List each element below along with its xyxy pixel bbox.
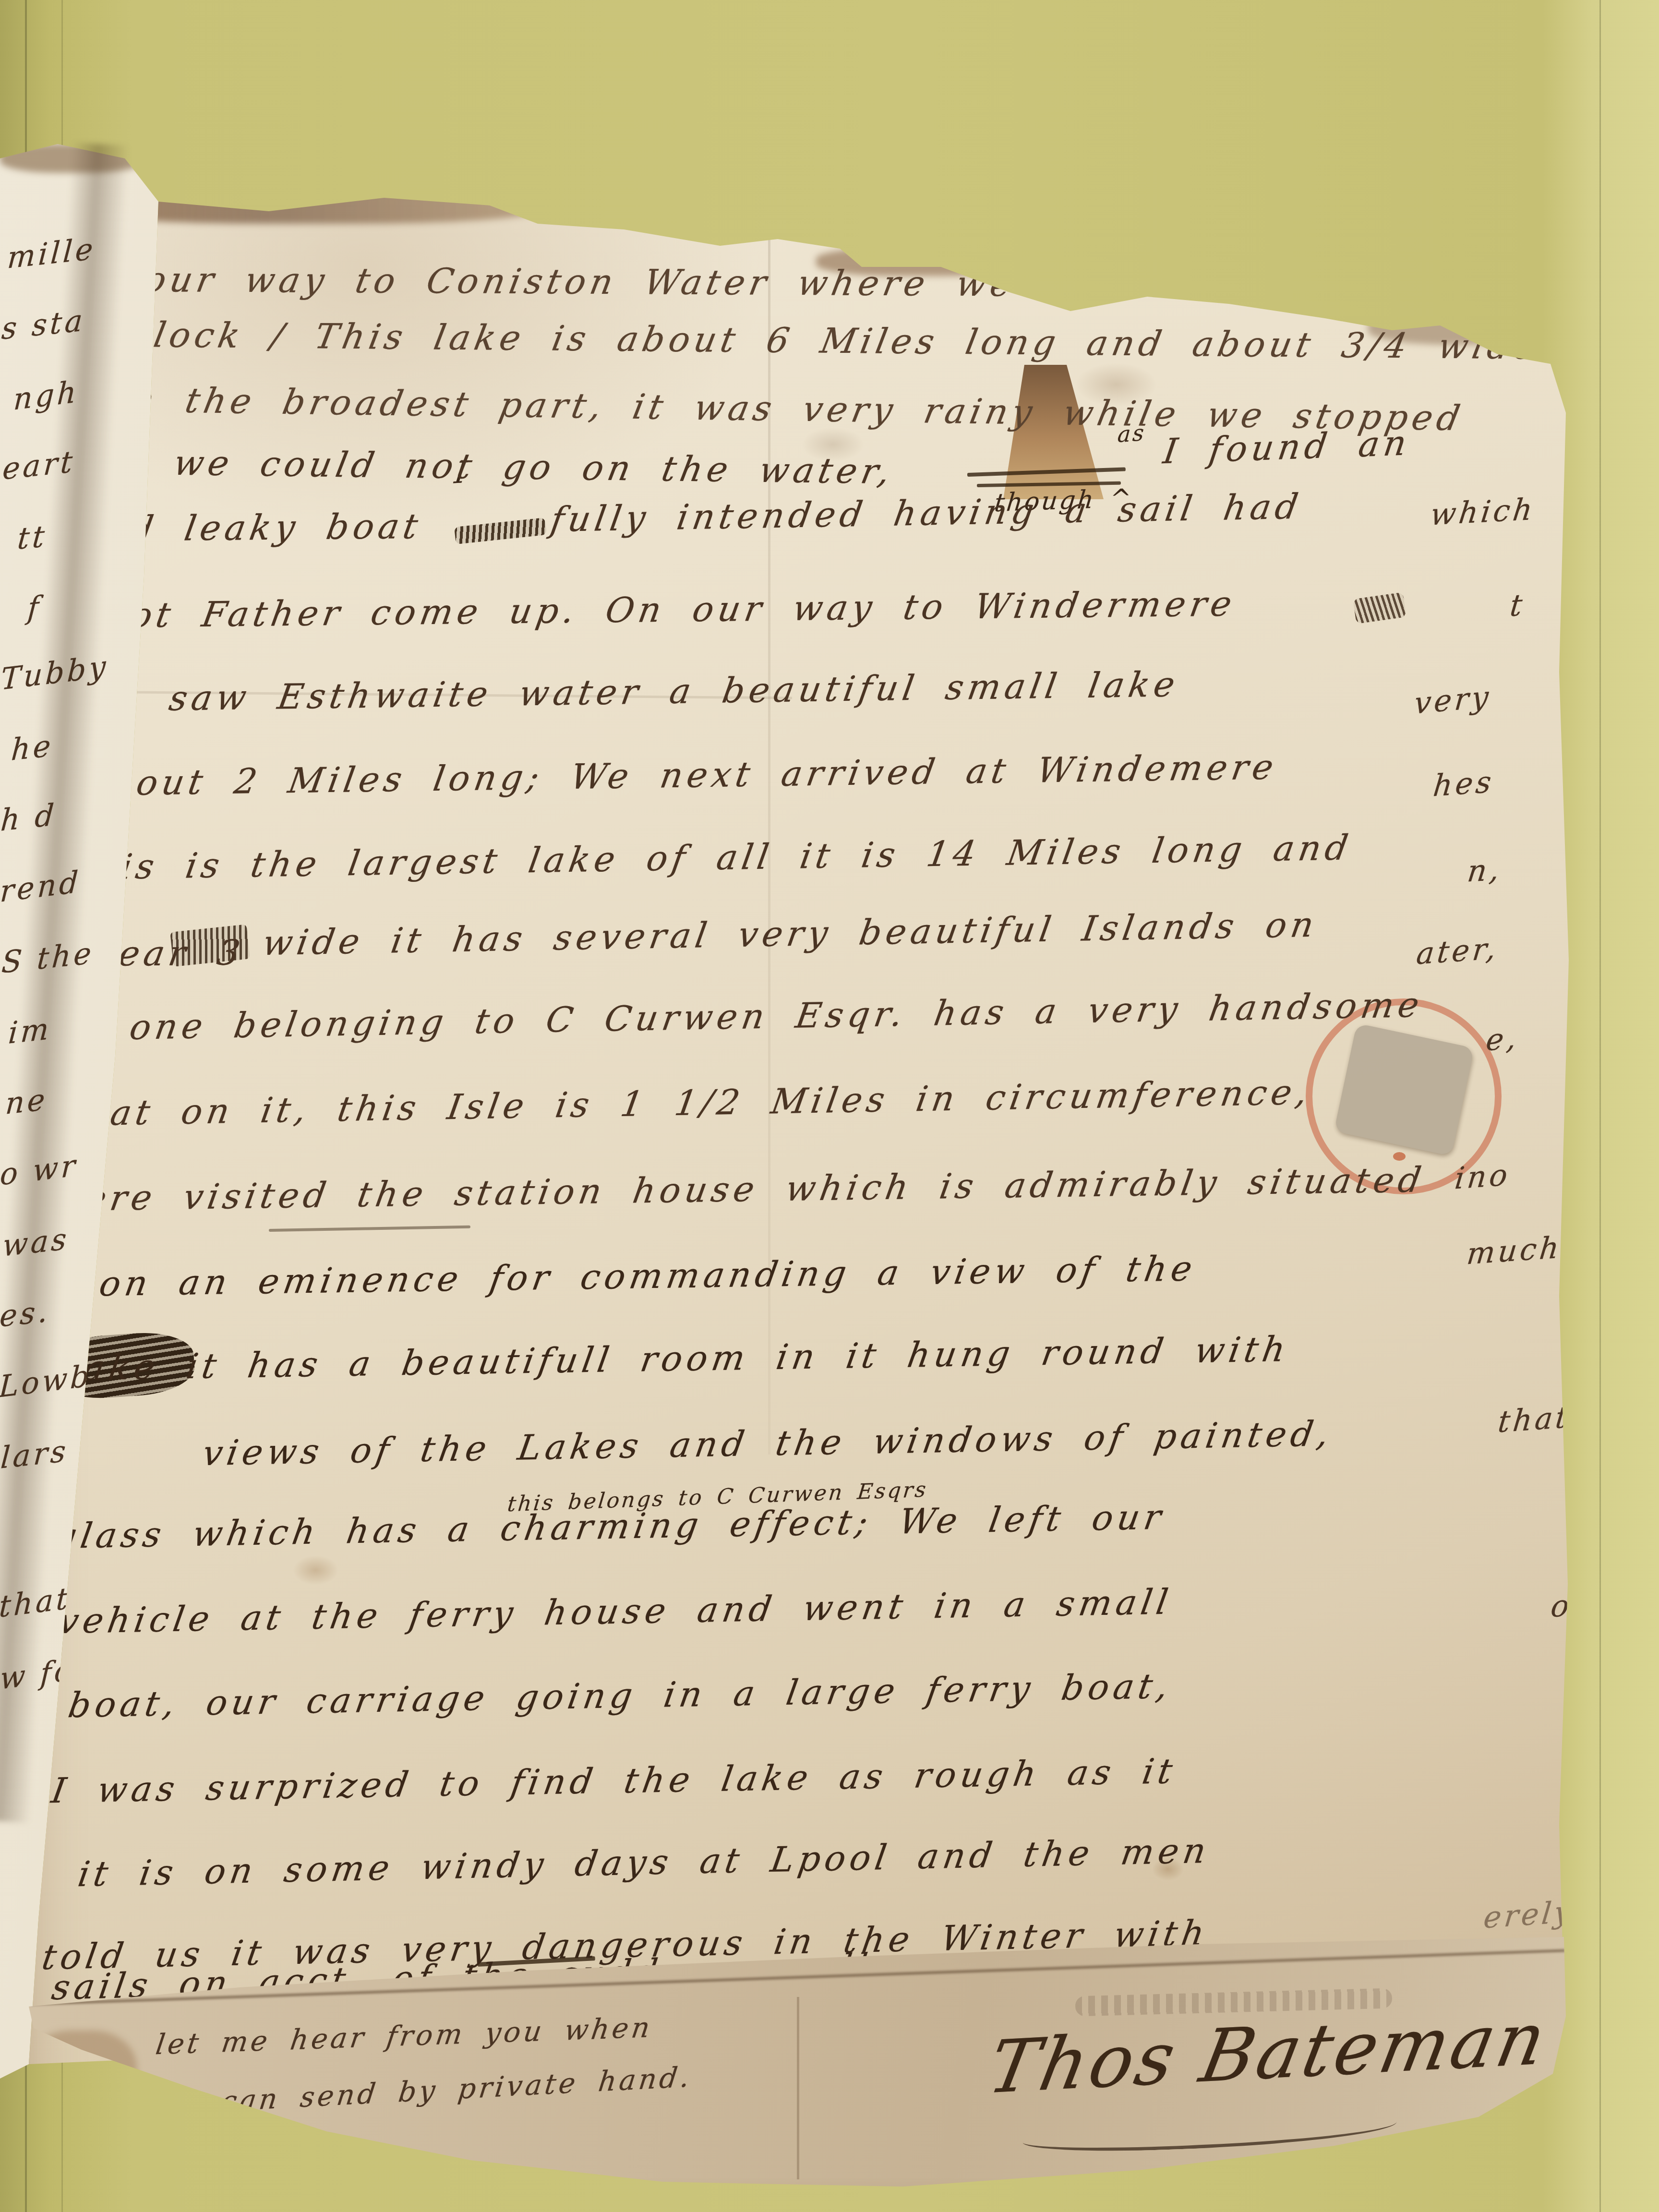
left-page-fragment: f xyxy=(26,589,43,626)
letter-line: on an eminence for commanding a view of … xyxy=(96,1248,1199,1304)
right-margin-fragment: hes xyxy=(1431,764,1496,804)
red-wax-streak xyxy=(866,206,878,244)
ink-scribble xyxy=(1353,592,1406,624)
signature: Thos Bateman xyxy=(982,1996,1555,2110)
letter-line: fully intended having a sail had xyxy=(548,486,1305,540)
ink-strike xyxy=(269,1226,470,1232)
red-wax-streak xyxy=(890,213,908,256)
letter-line: I was surprized to find the lake as roug… xyxy=(49,1751,1180,1811)
letter-line: not Father come up. On our way to Winder… xyxy=(101,583,1239,636)
letter-line: I found an xyxy=(1161,422,1413,471)
ink-scribble xyxy=(454,517,547,544)
right-margin-fragment: which xyxy=(1429,492,1537,532)
left-page-fragment: tt xyxy=(16,518,49,556)
right-margin-fragment: much, xyxy=(1465,1228,1575,1271)
letter-line: it one belonging to C Curwen Esqr. has a… xyxy=(66,985,1426,1048)
letter-line: clock / This lake is about 6 Miles long … xyxy=(127,314,1542,367)
red-wax-streak xyxy=(817,202,824,208)
right-margin-fragment: of xyxy=(1549,1587,1587,1624)
letter-line: it is on some windy days at Lpool and th… xyxy=(75,1830,1213,1895)
crease-line xyxy=(797,1997,799,2179)
right-margin-fragment: ino xyxy=(1453,1157,1512,1196)
paper-spot xyxy=(293,1555,338,1585)
letter-line: we saw Esthwaite water a beautiful small… xyxy=(80,664,1182,720)
closing-line: you can send by private hand. xyxy=(140,2060,694,2122)
right-margin-fragment: ater, xyxy=(1415,930,1500,972)
right-margin-fragment: that xyxy=(1496,1399,1572,1439)
letter-line: this is the largest lake of all it is 14… xyxy=(73,827,1355,888)
right-margin-fragment: very xyxy=(1413,679,1493,721)
right-margin-fragment: e, xyxy=(1484,1020,1521,1058)
letter-line: wide it has several very beautiful Islan… xyxy=(260,904,1321,963)
letter-line: our way to Coniston Water where we arriv… xyxy=(142,259,1486,307)
right-margin-fragment: erely xyxy=(1482,1894,1575,1935)
letter-line: boat, our carriage going in a large ferr… xyxy=(66,1666,1175,1725)
letter-page: though ^ as I our way to Coniston Water … xyxy=(0,0,1659,2212)
right-margin-fragment: n, xyxy=(1466,852,1504,889)
closing-line: let me hear from you when xyxy=(154,2011,654,2061)
letter-line: vehicle at the ferry house and went in a… xyxy=(56,1582,1175,1642)
letter-line: lake it has a beautifull room in it hung… xyxy=(66,1329,1293,1388)
letter-line: here visited the station house which is … xyxy=(56,1159,1428,1219)
letter-line: about 2 Miles long; We next arrived at W… xyxy=(82,746,1280,804)
letter-line: seat on it, this Isle is 1 1/2 Miles in … xyxy=(61,1072,1315,1134)
letter-photograph: mille s sta ngh eart tt f Tubby he h d r… xyxy=(0,0,1659,2212)
backdrop-fold-line xyxy=(1599,0,1601,2212)
signature-flourish xyxy=(1022,2109,1397,2154)
right-margin-fragment: t xyxy=(1508,587,1527,624)
letter-line: so we could not go on the water, xyxy=(96,442,898,492)
